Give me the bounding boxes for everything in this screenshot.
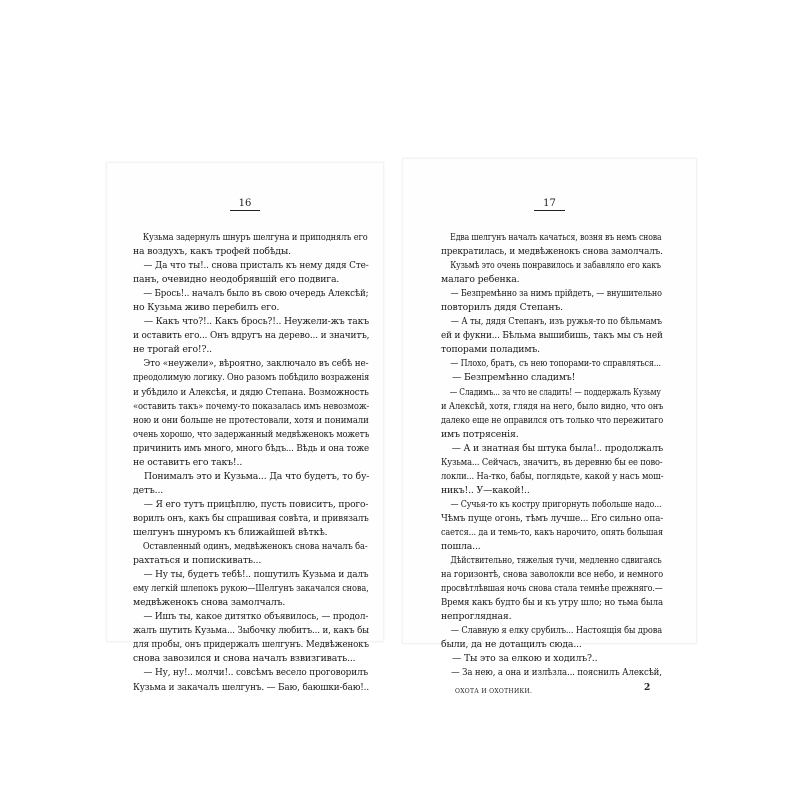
text-line: Кузьмѣ это очень понравилось и забавляло… [441,259,627,273]
text-line: Кузьма и закачалъ шелгунъ. — Баю, баюшки… [133,681,358,695]
text-line: малаго ребенка. [441,273,663,287]
text-line: никъ!.. У—какой!.. [441,484,663,498]
text-line: ною и они больше не протестовали, хотя и… [133,414,351,428]
text-line: причинить имъ много, много бѣдъ... Вѣдь … [133,442,352,456]
text-line: имъ потрясенія. [441,428,663,442]
text-line: не оставитъ его такъ!.. [133,456,369,470]
text-line: — Безпремѣнно сладимъ! [441,371,663,385]
text-line: повторилъ дядя Степанъ. [441,301,663,315]
text-line: непроглядная. [441,610,663,624]
page-body-text: Едва шелгунъ началъ качаться, возня въ н… [441,231,663,681]
text-line: — Какъ что?!.. Какъ брось?!.. Неужели-жъ… [133,315,366,329]
text-line: Понималъ это и Кузьма... Да что будетъ, … [133,470,369,484]
text-line: очень хорошо, что задержанный медвѣженок… [133,428,343,442]
text-line: Время какъ будто бы и къ утру шло; но ть… [441,596,646,610]
right-page: 17 Едва шелгунъ началъ качаться, возня в… [402,158,697,644]
text-line: медвѣженокъ снова замолчалъ. [133,596,369,610]
text-line: — За нею, а она и излѣзла... пояснилъ Ал… [441,666,646,680]
text-line: не трогай его!?.. [133,343,369,357]
text-line: — А ты, дядя Степанъ, изъ ружья-то по бѣ… [441,315,638,329]
text-line: и убѣдило и Алексѣя, и дядю Степана. Воз… [133,386,354,400]
text-line: но Кузьма живо перебилъ его. [133,301,369,315]
text-line: и Алексѣй, хотя, глядя на него, было вид… [441,400,638,414]
text-line: — Сладимъ... за что не сладить! — поддер… [441,386,618,400]
page-body-text: Кузьма задернулъ шнуръ шелгуна и приподн… [133,231,369,695]
text-line: — Я его тутъ прицѣплю, пусть повиситъ, п… [133,498,365,512]
text-line: шелгунъ шнуромъ къ ближайшей вѣткѣ. [133,526,369,540]
text-line: Кузьма... Сейчасъ, значитъ, въ деревню б… [441,456,639,470]
text-line: панъ, очевидно неодобрявшій его подвига. [133,273,369,287]
text-line: Оставленный одинъ, медвѣженокъ снова нач… [133,540,345,554]
text-line: ворилъ онъ, какъ бы спрашивая совѣта, и … [133,512,353,526]
text-line: рахтаться и попискивать... [133,554,369,568]
text-line: — Сучья-то къ костру пригорнуть побольше… [441,498,632,512]
text-line: — Славную я елку срубилъ... Настоящія бы… [441,624,638,638]
text-line: жалъ шутить Кузьма... Зыбочку любитъ... … [133,624,354,638]
text-line: — Ты это за елкою и ходилъ?.. [441,652,663,666]
text-line: сается... да и темь-то, какъ нарочито, о… [441,526,635,540]
text-line: на воздухъ, какъ трофей побѣды. [133,245,369,259]
signature-mark: 2 [644,683,650,693]
text-line: снова завозился и снова началъ взвизгива… [133,652,369,666]
text-line: — Безпремѣнно за нимъ прійдетъ, — внушит… [441,287,634,301]
page-number: 17 [403,198,696,211]
text-line: ему легкій шлепокъ рукою—Шелгунъ закачал… [133,582,342,596]
text-line: далеко еще не оправился отъ только что п… [441,414,634,428]
text-line: — Плохо, братъ, съ нею топорами-то справ… [441,357,631,371]
page-number: 16 [107,198,383,211]
text-line: Чѣмъ пуще огонь, тѣмъ лучше... Его сильн… [441,512,653,526]
text-line: «оставить такъ» почему-то показалась имъ… [133,400,346,414]
text-line: пошла... [441,540,663,554]
text-line: были, да не дотащилъ сюда... [441,638,663,652]
text-line: Дѣйствительно, тяжелыя тучи, медленно сд… [441,554,629,568]
text-line: — А и знатная бы штука была!.. продолжал… [441,442,659,456]
text-line: прекратилась, и медвѣженокъ снова замолч… [441,245,653,259]
text-line: Кузьма задернулъ шнуръ шелгуна и приподн… [133,231,342,245]
left-page: 16 Кузьма задернулъ шнуръ шелгуна и прип… [106,162,384,642]
text-line: и оставить его... Онъ вдругъ на дерево..… [133,329,359,343]
text-line: — Да что ты!.. снова присталъ къ нему дя… [133,259,359,273]
text-line: преодолимую логику. Оно разомъ побѣдило … [133,371,340,385]
text-line: просвѣтлѣвшая ночь снова стала темнѣе пр… [441,582,632,596]
text-line: — Ну ты, будетъ тебѣ!.. пошутилъ Кузьма … [133,568,360,582]
text-line: Едва шелгунъ началъ качаться, возня въ н… [441,231,626,245]
text-line: ей и фукни... Бѣльма вышибишь, такъ мы с… [441,329,653,343]
text-line: топорами поладимъ. [441,343,663,357]
text-line: локли... На-тко, бабы, поглядьте, какой … [441,470,639,484]
text-line: на горизонтѣ, снова заволокли все небо, … [441,568,641,582]
text-line: — Ишъ ты, какое дитятко объявилось, — пр… [133,610,358,624]
text-line: для пробы, онъ придержалъ шелгунъ. Медвѣ… [133,638,353,652]
text-line: детъ... [133,484,369,498]
text-line: — Ну, ну!.. молчи!.. совсѣмъ весело прог… [133,666,359,680]
text-line: Это «неужели», вѣроятно, заключало въ се… [133,357,358,371]
running-footer: ОХОТА И ОХОТНИКИ. [455,688,532,695]
text-line: — Брось!.. началъ было въ свою очередь А… [133,287,354,301]
